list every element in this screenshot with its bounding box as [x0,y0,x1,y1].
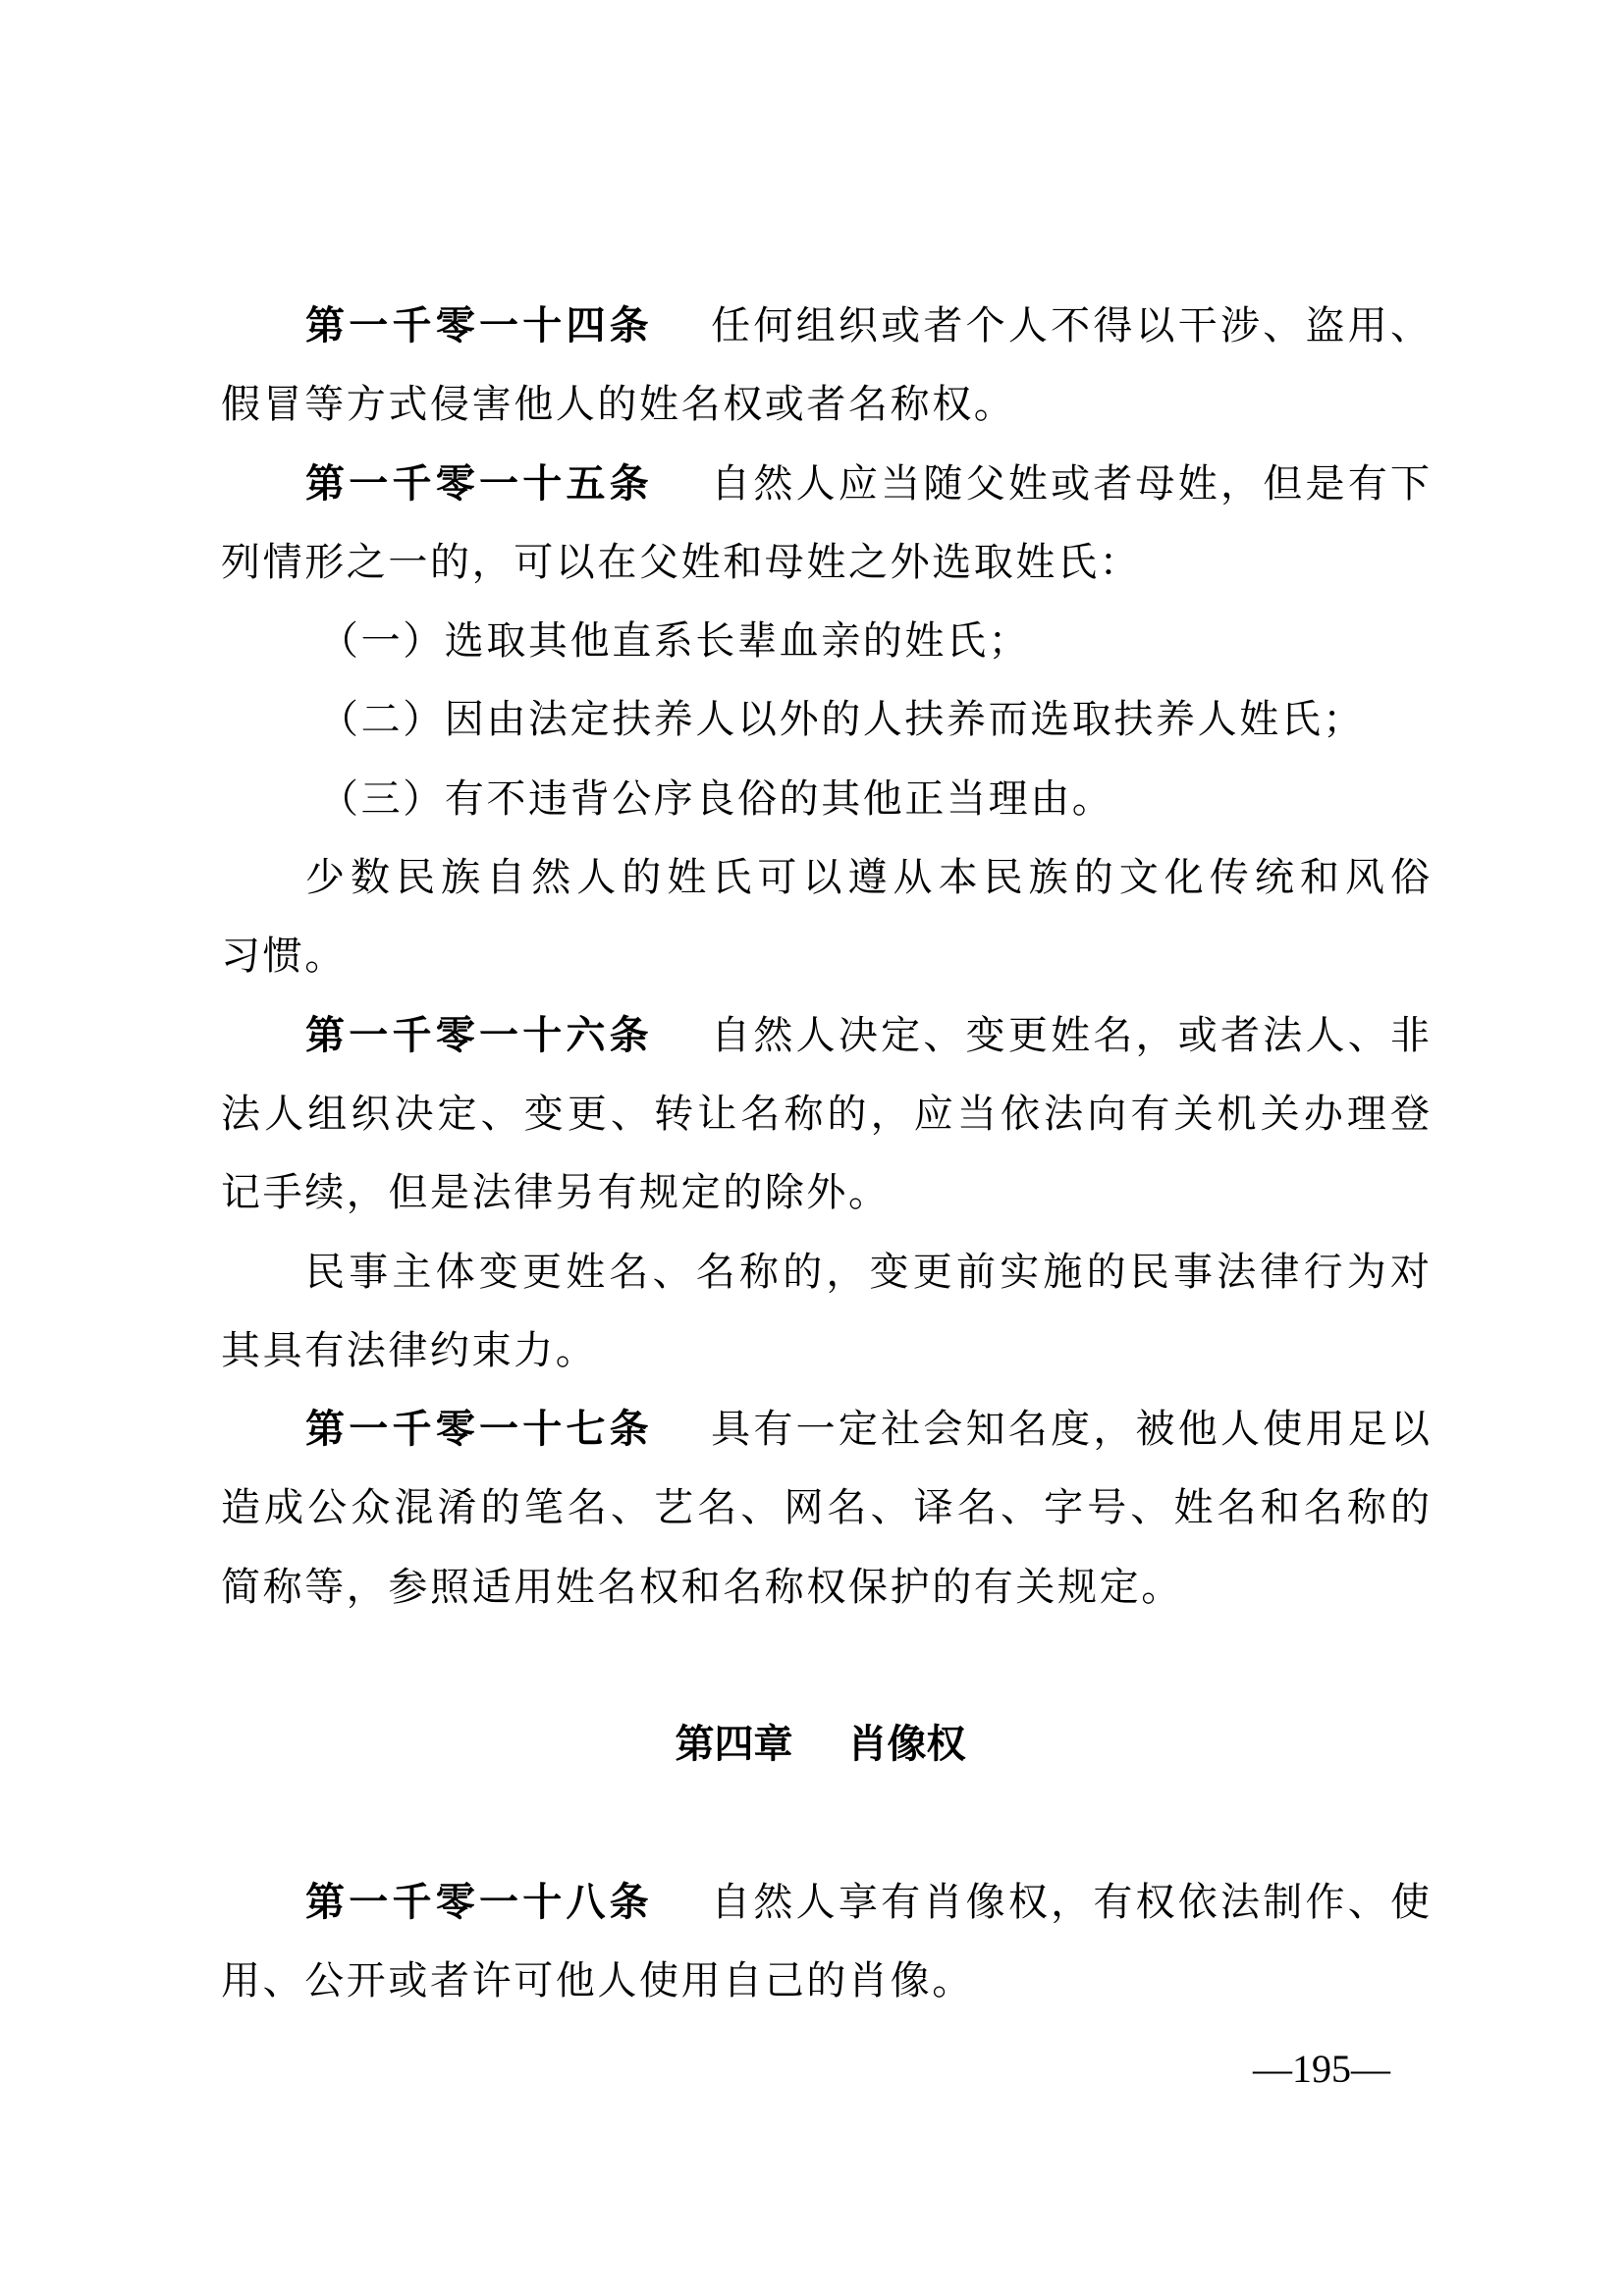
article-1017: 第一千零一十七条具有一定社会知名度，被他人使用足以 造成公众混淆的笔名、艺名、网… [221,1390,1430,1627]
document-page: 第一千零一十四条任何组织或者个人不得以干涉、盗用、 假冒等方式侵害他人的姓名权或… [0,0,1624,2296]
article-text: 自然人决定、变更姓名，或者法人、非 [708,1013,1430,1058]
article-first-line: 第一千零一十七条具有一定社会知名度，被他人使用足以 [221,1390,1430,1468]
paragraph-line: 民事主体变更姓名、名称的，变更前实施的民事法律行为对 [221,1233,1430,1311]
article-line: 法人组织决定、变更、转让名称的，应当依法向有关机关办理登 [221,1075,1430,1153]
article-number: 第一千零一十六条 [305,1013,653,1058]
chapter-title: 肖像权 [848,1722,966,1767]
spacer [221,1785,1430,1863]
article-first-line: 第一千零一十四条任何组织或者个人不得以干涉、盗用、 [221,287,1430,365]
article-text: 自然人应当随父姓或者母姓，但是有下 [708,461,1430,507]
article-number: 第一千零一十七条 [305,1407,653,1452]
article-1018: 第一千零一十八条自然人享有肖像权，有权依法制作、使 用、公开或者许可他人使用自己… [221,1863,1430,2021]
article-text: 自然人享有肖像权，有权依法制作、使 [708,1880,1430,1925]
paragraph-line: 少数民族自然人的姓氏可以遵从本民族的文化传统和风俗 [221,838,1430,917]
article-text: 具有一定社会知名度，被他人使用足以 [708,1407,1430,1452]
article-text: 任何组织或者个人不得以干涉、盗用、 [708,303,1430,348]
article-1015: 第一千零一十五条自然人应当随父姓或者母姓，但是有下 列情形之一的，可以在父姓和母… [221,445,1430,996]
article-line: 列情形之一的，可以在父姓和母姓之外选取姓氏： [221,523,1430,602]
article-1014: 第一千零一十四条任何组织或者个人不得以干涉、盗用、 假冒等方式侵害他人的姓名权或… [221,287,1430,445]
list-item: （三）有不违背公序良俗的其他正当理由。 [221,760,1430,838]
paragraph-line: 其具有法律约束力。 [221,1311,1430,1390]
article-number: 第一千零一十五条 [305,461,653,507]
article-first-line: 第一千零一十八条自然人享有肖像权，有权依法制作、使 [221,1863,1430,1942]
paragraph-line: 习惯。 [221,917,1430,995]
list-item: （一）选取其他直系长辈血亲的姓氏； [221,602,1430,680]
article-first-line: 第一千零一十六条自然人决定、变更姓名，或者法人、非 [221,996,1430,1075]
article-1016: 第一千零一十六条自然人决定、变更姓名，或者法人、非 法人组织决定、变更、转让名称… [221,996,1430,1390]
article-number: 第一千零一十八条 [305,1880,653,1925]
article-line: 造成公众混淆的笔名、艺名、网名、译名、字号、姓名和名称的 [221,1468,1430,1547]
body-text: 第一千零一十四条任何组织或者个人不得以干涉、盗用、 假冒等方式侵害他人的姓名权或… [221,287,1430,2021]
article-line: 记手续，但是法律另有规定的除外。 [221,1153,1430,1232]
page-number: —195— [1253,2050,1390,2089]
chapter-heading: 第四章肖像权 [221,1705,1430,1784]
article-line: 假冒等方式侵害他人的姓名权或者名称权。 [221,365,1430,444]
spacer [221,1627,1430,1705]
chapter-number: 第四章 [676,1722,793,1767]
article-line: 简称等，参照适用姓名权和名称权保护的有关规定。 [221,1548,1430,1627]
list-item: （二）因由法定扶养人以外的人扶养而选取扶养人姓氏； [221,680,1430,759]
article-number: 第一千零一十四条 [305,303,653,348]
article-first-line: 第一千零一十五条自然人应当随父姓或者母姓，但是有下 [221,445,1430,523]
article-line: 用、公开或者许可他人使用自己的肖像。 [221,1942,1430,2020]
